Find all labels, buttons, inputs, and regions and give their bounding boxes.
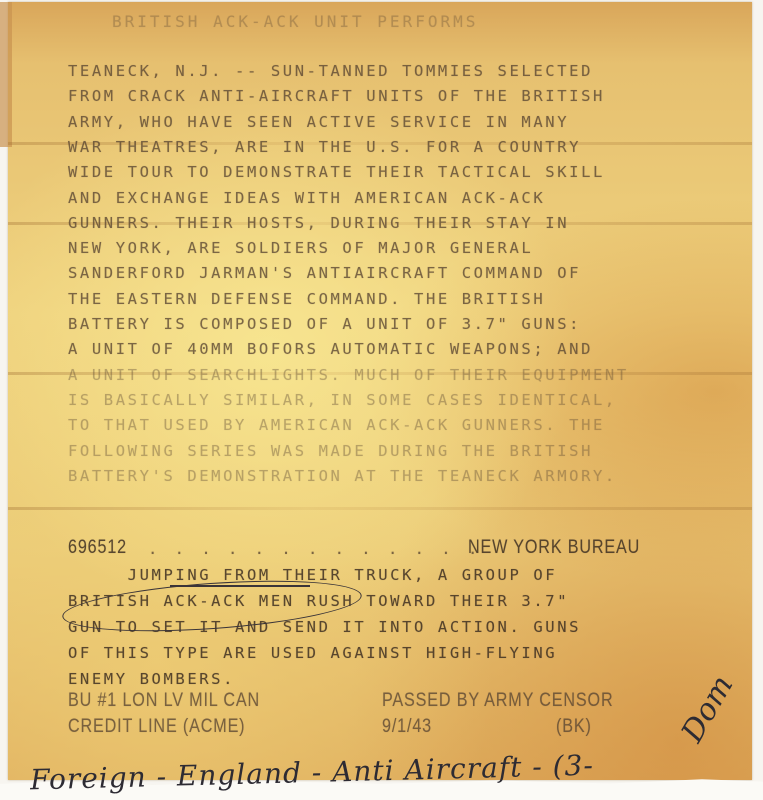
initials: (BK)	[556, 716, 592, 738]
paper-fold	[8, 507, 752, 510]
story-line: IS BASICALLY SIMILAR, IN SOME CASES IDEN…	[68, 391, 617, 409]
story-line: TEANECK, N.J. -- SUN-TANNED TOMMIES SELE…	[68, 62, 593, 80]
date: 9/1/43	[382, 716, 432, 738]
story-line: A UNIT OF SEARCHLIGHTS. MUCH OF THEIR EQ…	[68, 366, 629, 384]
story-line: ARMY, WHO HAVE SEEN ACTIVE SERVICE IN MA…	[68, 113, 569, 131]
pen-underline-annotation	[170, 585, 310, 587]
bureau: NEW YORK BUREAU	[468, 537, 640, 559]
headline: BRITISH ACK-ACK UNIT PERFORMS	[112, 12, 478, 31]
story-line: FOLLOWING SERIES WAS MADE DURING THE BRI…	[68, 442, 593, 460]
story-line: TO THAT USED BY AMERICAN ACK-ACK GUNNERS…	[68, 416, 605, 434]
censor-stamp: PASSED BY ARMY CENSOR	[382, 690, 613, 712]
story-line: FROM CRACK ANTI-AIRCRAFT UNITS OF THE BR…	[68, 87, 605, 105]
story-line: GUNNERS. THEIR HOSTS, DURING THEIR STAY …	[68, 214, 569, 232]
story-line: SANDERFORD JARMAN'S ANTIAIRCRAFT COMMAND…	[68, 264, 581, 282]
story-line: A UNIT OF 40MM BOFORS AUTOMATIC WEAPONS;…	[68, 340, 593, 358]
story-line: NEW YORK, ARE SOLDIERS OF MAJOR GENERAL	[68, 239, 533, 257]
credit-line: CREDIT LINE (ACME)	[68, 716, 245, 738]
photo-number: 696512	[68, 537, 127, 559]
leader-dots: . . . . . . . . . . . . .	[148, 540, 481, 558]
story-line: AND EXCHANGE IDEAS WITH AMERICAN ACK-ACK	[68, 189, 545, 207]
story-line: WIDE TOUR TO DEMONSTRATE THEIR TACTICAL …	[68, 163, 605, 181]
paper-edge	[0, 2, 12, 147]
story-line: BATTERY IS COMPOSED OF A UNIT OF 3.7" GU…	[68, 315, 581, 333]
routing-line: BU #1 LON LV MIL CAN	[68, 690, 260, 712]
caption-line: OF THIS TYPE ARE USED AGAINST HIGH-FLYIN…	[68, 644, 557, 662]
story-line: THE EASTERN DEFENSE COMMAND. THE BRITISH	[68, 290, 545, 308]
caption-line: ENEMY BOMBERS.	[68, 670, 235, 688]
story-line: WAR THEATRES, ARE IN THE U.S. FOR A COUN…	[68, 138, 581, 156]
story-line: BATTERY'S DEMONSTRATION AT THE TEANECK A…	[68, 467, 617, 485]
